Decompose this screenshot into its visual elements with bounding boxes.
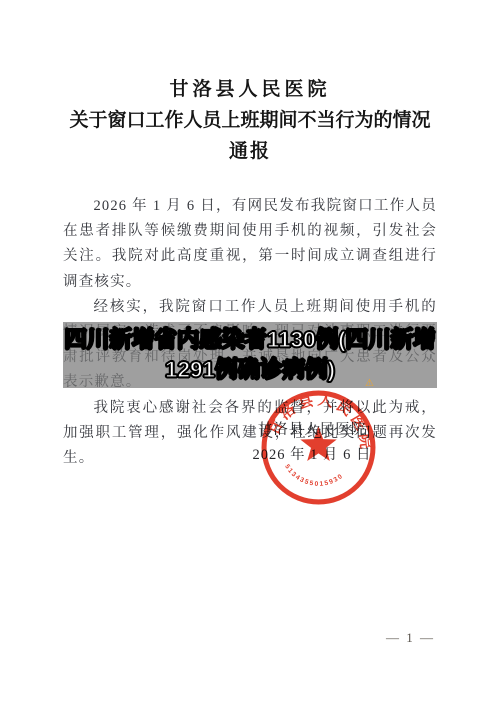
document-page: 甘洛县人民医院 关于窗口工作人员上班期间不当行为的情况 通报 2026 年 1 … bbox=[0, 0, 500, 707]
title-org-line: 甘洛县人民医院 bbox=[0, 74, 500, 105]
page-number: — 1 — bbox=[386, 630, 435, 646]
seal-code-text: 5134355015930 bbox=[283, 463, 345, 488]
seal-star bbox=[300, 426, 337, 461]
warning-icon: ⚠ bbox=[365, 379, 374, 389]
news-headline: 四川新增省内感染者1130例(四川新增1291例确诊病例) bbox=[63, 325, 437, 385]
seal-code-label: 5134355015930 bbox=[283, 463, 345, 488]
title-type-line: 通报 bbox=[0, 136, 500, 167]
official-seal: 甘洛县人民医院 5134355015930 bbox=[259, 388, 378, 507]
paragraph-1: 2026 年 1 月 6 日，有网民发布我院窗口工作人员在患者排队等候缴费期间使… bbox=[63, 194, 437, 295]
title-subject-line: 关于窗口工作人员上班期间不当行为的情况 bbox=[0, 105, 500, 136]
document-title: 甘洛县人民医院 关于窗口工作人员上班期间不当行为的情况 通报 bbox=[0, 0, 500, 167]
